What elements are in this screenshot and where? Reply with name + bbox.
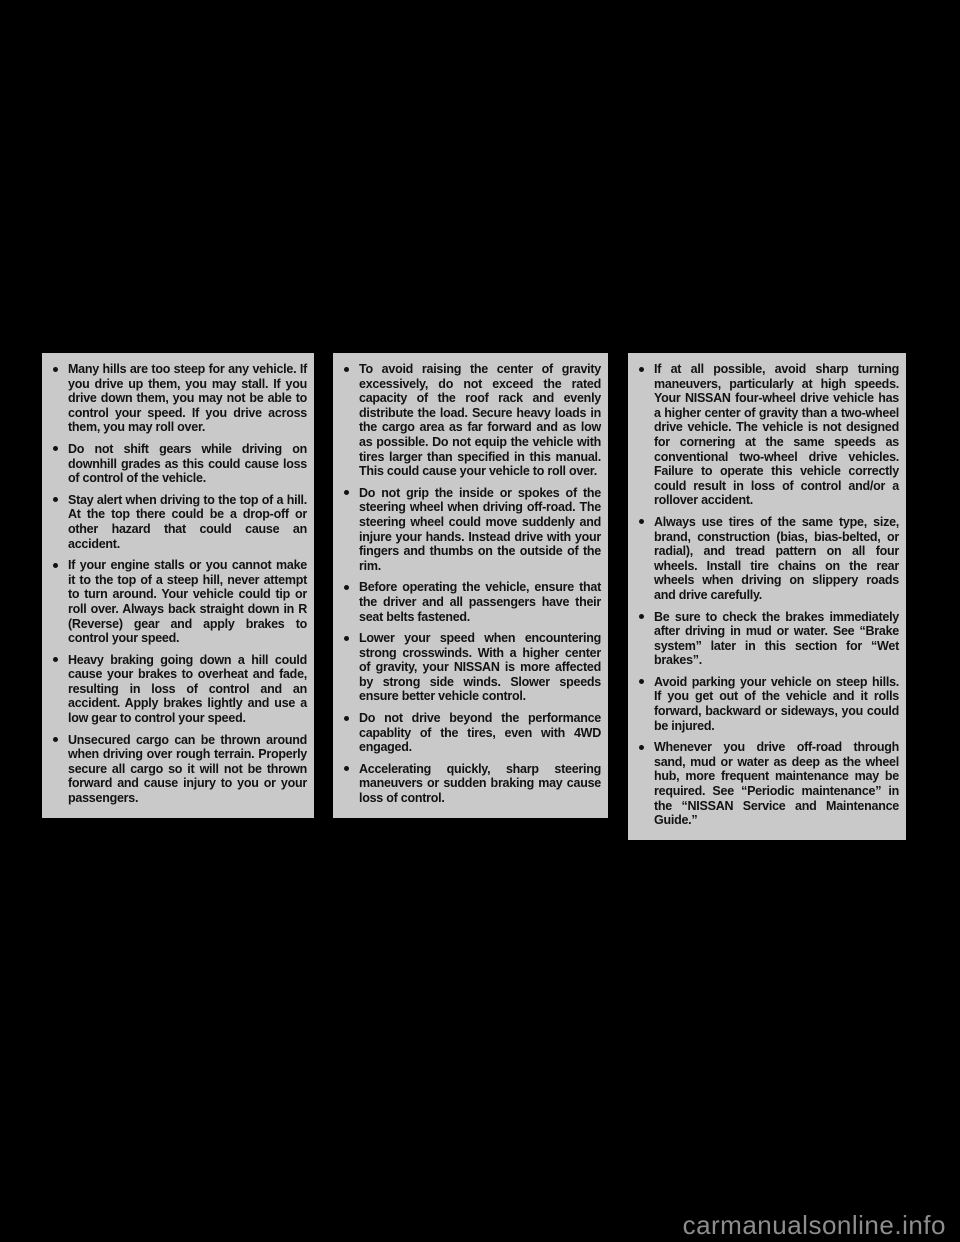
bullet-icon [639,519,644,524]
warning-list-item: Do not drive beyond the performance capa… [340,711,601,755]
warning-list-item: Always use tires of the same type, size,… [635,515,899,603]
warning-text: Heavy braking going down a hill could ca… [68,653,307,725]
warning-list-item: Stay alert when driving to the top of a … [49,493,307,551]
bullet-icon [53,497,58,502]
bullet-icon [53,367,58,372]
warning-list-item: If at all possible, avoid sharp turning … [635,362,899,508]
warning-text: If at all possible, avoid sharp turning … [654,362,899,507]
warning-list-item: Lower your speed when encountering stron… [340,631,601,704]
warning-list-item: Do not shift gears while driving on down… [49,442,307,486]
warning-panel-middle: To avoid raising the center of gravity e… [333,353,608,818]
warning-text: If your engine stalls or you cannot make… [68,558,307,645]
bullet-icon [344,766,349,771]
warning-text: Accelerating quickly, sharp steering man… [359,762,601,805]
manual-page-canvas: { "page": { "colors": { "background": "#… [0,0,960,1242]
bullet-icon [53,657,58,662]
warning-list-item: Unsecured cargo can be thrown around whe… [49,733,307,806]
warning-text: Lower your speed when encountering stron… [359,631,601,703]
warning-text: Whenever you drive off-road through sand… [654,740,899,827]
bullet-icon [344,367,349,372]
bullet-icon [639,679,644,684]
warning-list-item: To avoid raising the center of gravity e… [340,362,601,479]
warning-text: Do not shift gears while driving on down… [68,442,307,485]
bullet-icon [344,585,349,590]
bullet-icon [344,716,349,721]
watermark: carmanualsonline.info [683,1210,946,1241]
warning-text: Stay alert when driving to the top of a … [68,493,307,551]
bullet-icon [639,614,644,619]
warning-text: Many hills are too steep for any vehicle… [68,362,307,434]
warning-list-item: Accelerating quickly, sharp steering man… [340,762,601,806]
warning-text: Avoid parking your vehicle on steep hill… [654,675,899,733]
warning-list-item: If your engine stalls or you cannot make… [49,558,307,646]
bullet-icon [53,563,58,568]
warning-text: Before operating the vehicle, ensure tha… [359,580,601,623]
warning-list-item: Whenever you drive off-road through sand… [635,740,899,828]
warning-list-item: Many hills are too steep for any vehicle… [49,362,307,435]
warning-text: Do not drive beyond the performance capa… [359,711,601,754]
warning-text: Unsecured cargo can be thrown around whe… [68,733,307,805]
warning-list-item: Avoid parking your vehicle on steep hill… [635,675,899,733]
warning-list-item: Heavy braking going down a hill could ca… [49,653,307,726]
bullet-icon [344,636,349,641]
warning-list-item: Be sure to check the brakes immediately … [635,610,899,668]
bullet-icon [53,446,58,451]
warning-text: To avoid raising the center of gravity e… [359,362,601,478]
bullet-icon [344,490,349,495]
warning-panel-left: Many hills are too steep for any vehicle… [42,353,314,818]
warning-text: Always use tires of the same type, size,… [654,515,899,602]
warning-panel-right: If at all possible, avoid sharp turning … [628,353,906,840]
bullet-icon [639,745,644,750]
warning-text: Do not grip the inside or spokes of the … [359,486,601,573]
warning-text: Be sure to check the brakes immediately … [654,610,899,668]
warning-list-item: Do not grip the inside or spokes of the … [340,486,601,574]
warning-list-item: Before operating the vehicle, ensure tha… [340,580,601,624]
bullet-icon [53,737,58,742]
bullet-icon [639,367,644,372]
